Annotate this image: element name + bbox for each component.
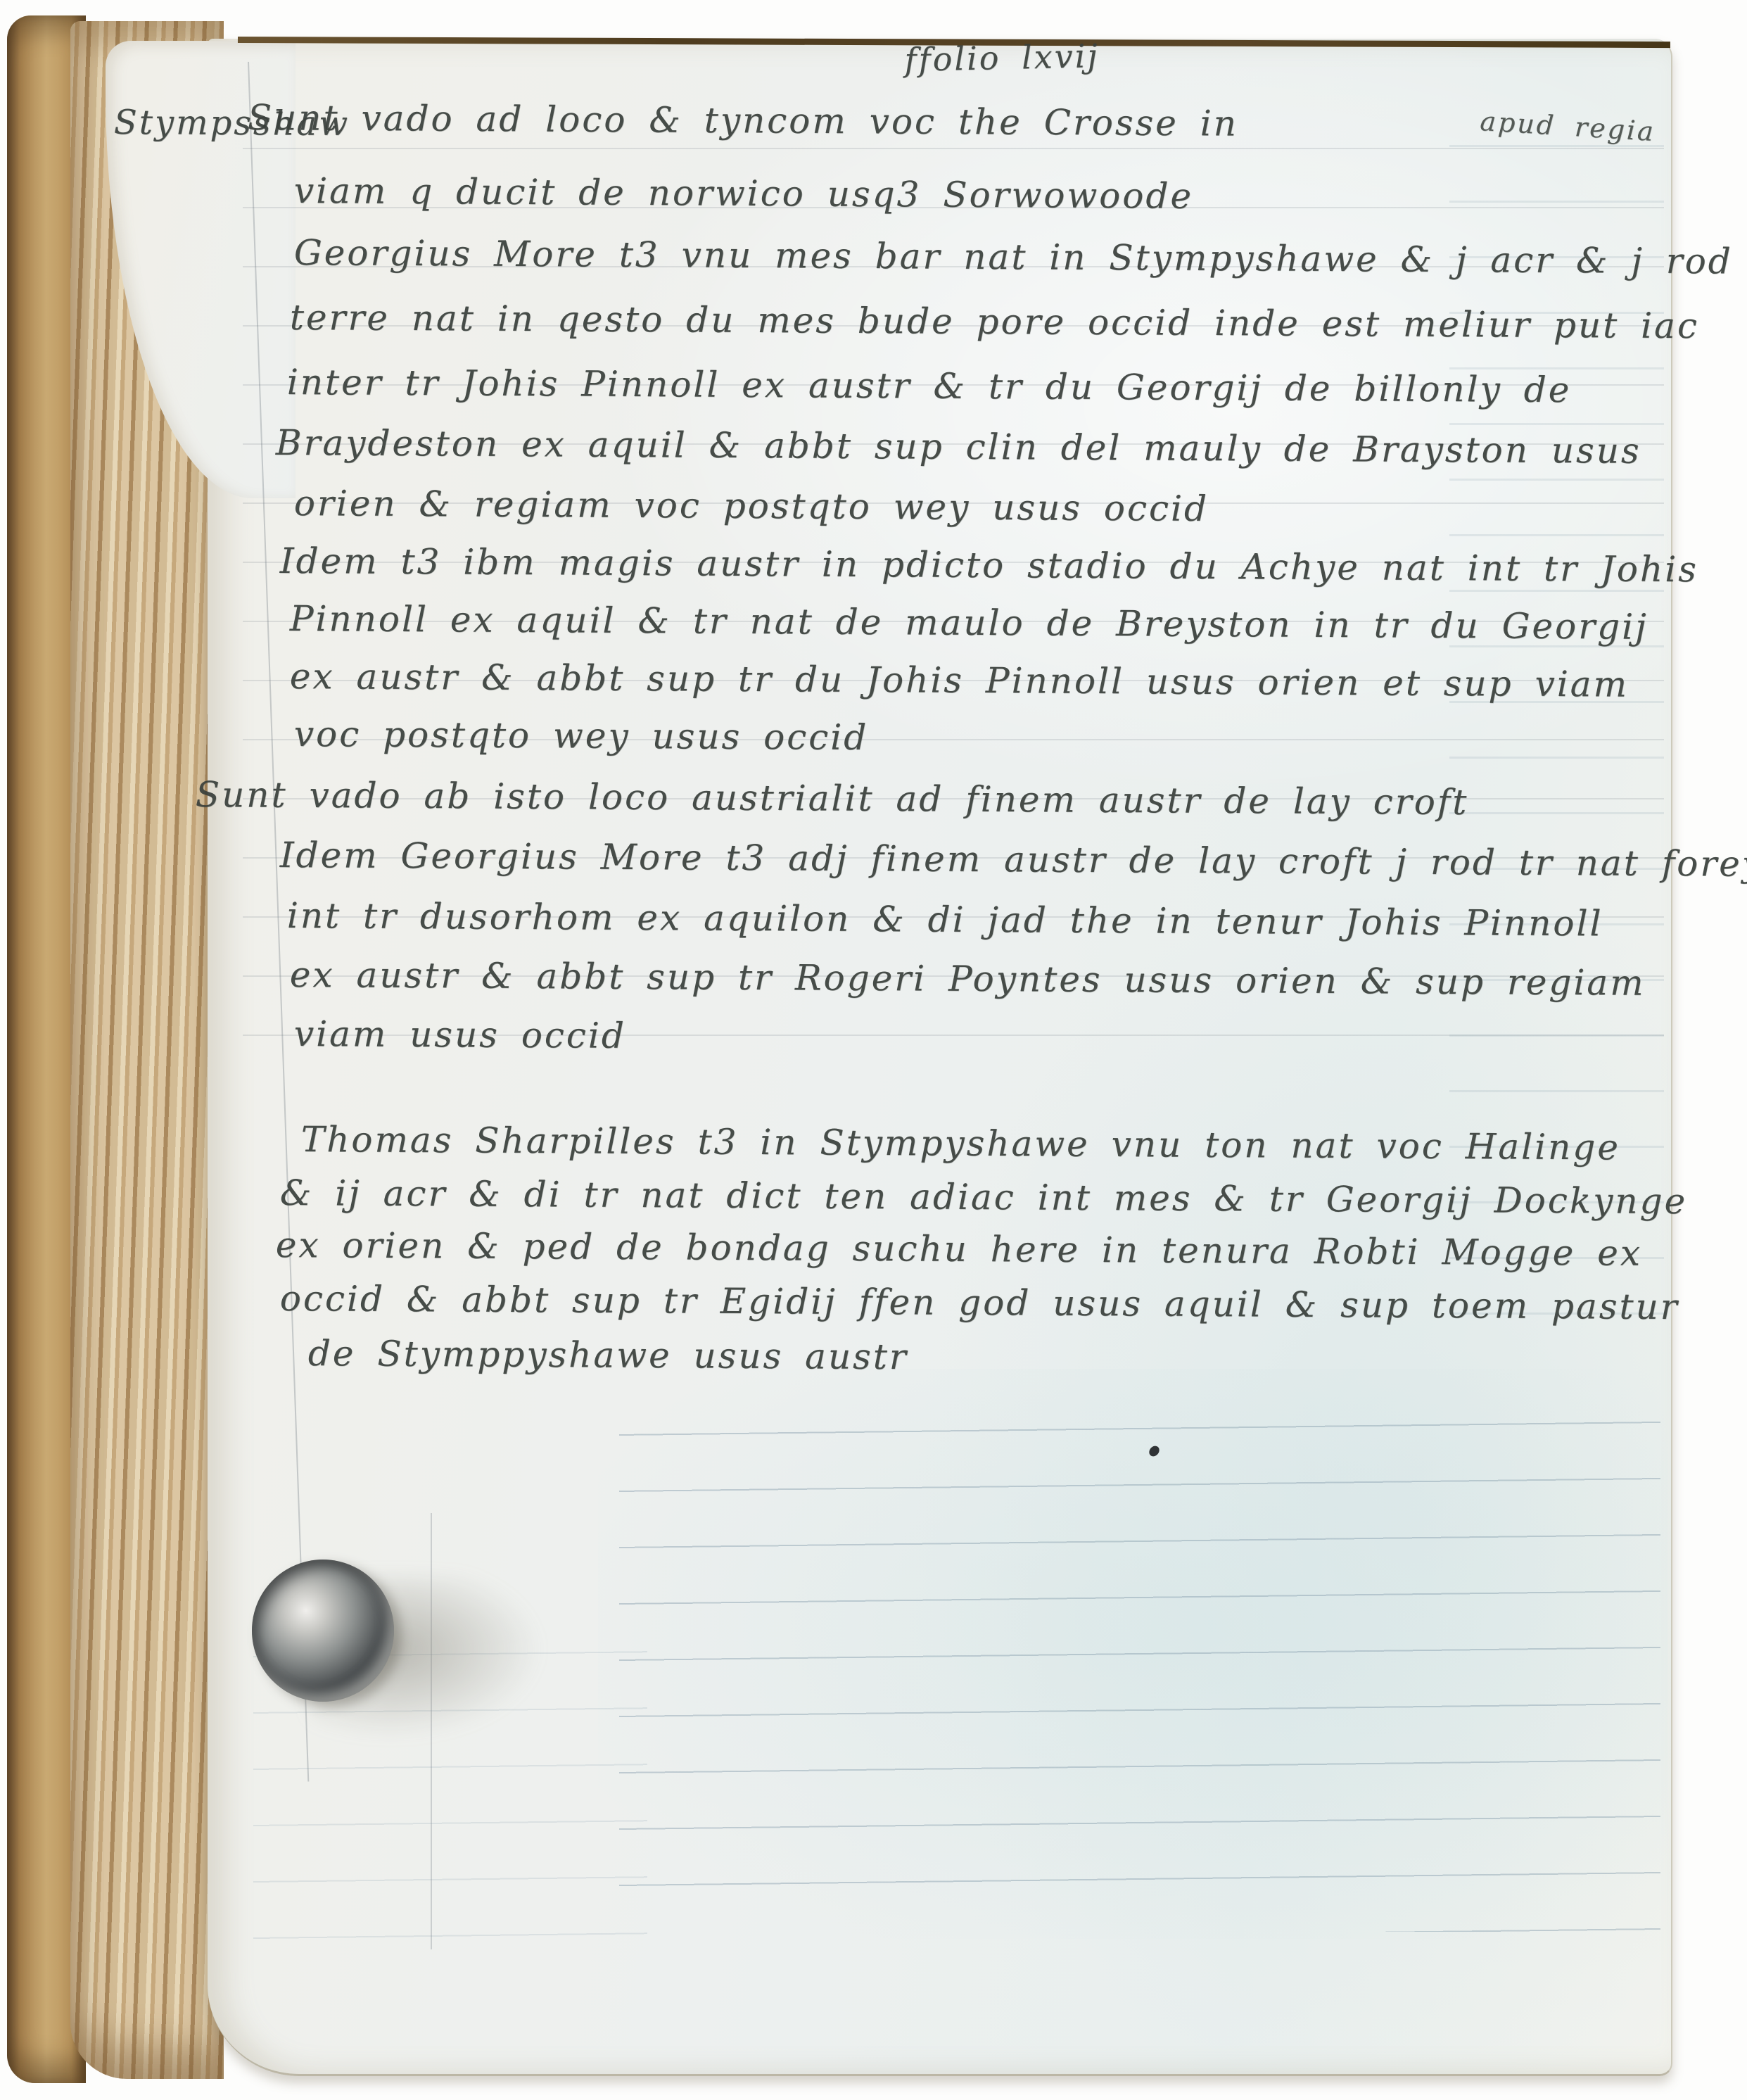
verso-showthrough-margin <box>1449 91 1664 1365</box>
manuscript-line: Idem t3 ibm magis austr in pdicto stadio… <box>280 542 1698 589</box>
manuscript-line: viam q ducit de norwico usq3 Sorwowoode <box>294 172 1194 216</box>
verso-showthrough-lines <box>619 1379 1660 1932</box>
manuscript-line: Pinnoll ex aquil & tr nat de maulo de Br… <box>290 600 1648 647</box>
manuscript-line: Sunt vado ab isto loco austrialit ad fin… <box>196 776 1469 822</box>
manuscript-line: int tr dusorhom ex aquilon & di jad the … <box>287 897 1603 943</box>
manuscript-line: Braydeston ex aquil & abbt sup clin del … <box>276 424 1641 471</box>
manuscript-line: ex austr & abbt sup tr Rogeri Poyntes us… <box>290 956 1646 1003</box>
manuscript-line: ex austr & abbt sup tr du Johis Pinnoll … <box>290 657 1630 704</box>
manuscript-line: & ij acr & di tr nat dict ten adiac int … <box>280 1174 1688 1221</box>
manuscript-line: de Stymppyshawe usus austr <box>308 1334 908 1377</box>
folio-heading: ffolio lxvij <box>904 37 1100 79</box>
metal-boss <box>252 1560 394 1702</box>
manuscript-line: Thomas Sharpilles t3 in Stympyshawe vnu … <box>301 1120 1620 1167</box>
manuscript-line: inter tr Johis Pinnoll ex austr & tr du … <box>287 363 1572 410</box>
manuscript-line: Georgius More t3 vnu mes bar nat in Stym… <box>294 234 1733 281</box>
manuscript-line: occid & abbt sup tr Egidij ffen god usus… <box>280 1279 1679 1327</box>
manuscript-line: orien & regiam voc postqto wey usus occi… <box>294 484 1209 529</box>
manuscript-line: ex orien & ped de bondag suchu here in t… <box>276 1226 1643 1273</box>
manuscript-line: viam usus occid <box>294 1015 626 1056</box>
manuscript-line: voc postqto wey usus occid <box>294 715 869 757</box>
manuscript-line: Idem Georgius More t3 adj finem austr de… <box>280 836 1747 884</box>
manuscript-line: terre nat in qesto du mes bude pore occi… <box>290 298 1699 346</box>
manuscript-line: Sunt vado ad loco & tyncom voc the Cross… <box>248 99 1238 144</box>
manuscript-photo: ffolio lxvij Stympsshaw apud regia Sunt … <box>0 0 1747 2100</box>
